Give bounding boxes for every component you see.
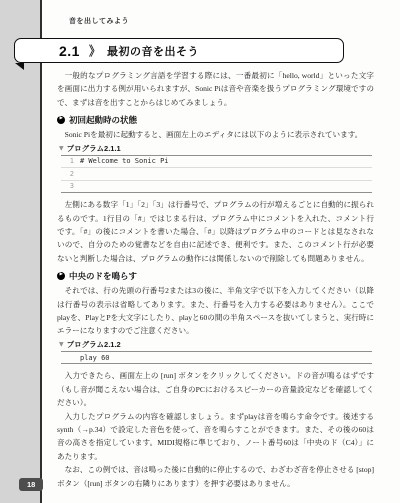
paragraph-stop-note: なお、この例では、音は鳴った後に自動的に停止するので、わざわざ音を停止させる […	[57, 463, 374, 490]
paragraph-type-play-60: それでは、行の先頭の行番号2または3の後に、半角文字で以下を入力してください（以…	[57, 284, 374, 338]
running-head: 音を出してみよう	[69, 16, 129, 26]
code-line: 3	[61, 181, 372, 193]
down-triangle-icon: ▼	[59, 145, 64, 152]
down-triangle-icon: ▼	[59, 341, 64, 348]
listing-title: プログラム2.1.1	[67, 143, 121, 154]
book-page: 音を出してみよう 2.1 》 最初の音を出そう 一般的なプログラミング言語を学習…	[40, 0, 400, 503]
section-box-fold-triangle	[15, 63, 24, 70]
section-title: 最初の音を出そう	[107, 43, 199, 59]
code-text: play 60	[61, 354, 110, 362]
listing-label: ▼ プログラム2.1.1	[59, 144, 374, 154]
circle-arrow-icon: ▶	[57, 116, 65, 124]
code-listing-2-1-1: ▼ プログラム2.1.1 1 # Welcome to Sonic Pi 2 3	[59, 144, 374, 194]
paragraph-run-button: 入力できたら、画面左上の [run] ボタンをクリックしてください。ドの音が鳴る…	[57, 369, 374, 409]
code-line: 1 # Welcome to Sonic Pi	[61, 156, 372, 169]
code-text: # Welcome to Sonic Pi	[80, 157, 169, 165]
subsection-heading-label: 初回起動時の状態	[69, 114, 137, 126]
circle-arrow-icon: ▶	[57, 272, 65, 280]
subsection-heading-play-middle-c: ▶ 中央のドを鳴らす	[57, 270, 374, 281]
line-number: 1	[61, 157, 80, 165]
sound-waves-icon: 》	[89, 41, 100, 59]
subsection-heading-label: 中央のドを鳴らす	[69, 270, 137, 282]
listing-label: ▼ プログラム2.1.2	[59, 340, 374, 350]
content-column: 一般的なプログラミング言語を学習する際には、一番最初に「hello, world…	[57, 69, 374, 490]
paragraph-intro: 一般的なプログラミング言語を学習する際には、一番最初に「hello, world…	[57, 69, 374, 109]
line-number: 2	[61, 170, 80, 178]
subsection-heading-initial-state: ▶ 初回起動時の状態	[57, 114, 374, 125]
line-number: 3	[61, 182, 80, 190]
page-number-badge: 18	[19, 478, 43, 491]
listing-title: プログラム2.1.2	[67, 339, 121, 350]
paragraph-line-numbers-comments: 左側にある数字「1」「2」「3」は行番号で、プログラムの行が増えるごとに自動的に…	[57, 198, 374, 265]
code-block: play 60	[61, 351, 372, 365]
code-line: 2	[61, 168, 372, 181]
paragraph-play-explanation: 入力したプログラムの内容を確認しましょう。まずplayは音を鳴らす命令です。後述…	[57, 410, 374, 464]
code-block: 1 # Welcome to Sonic Pi 2 3	[61, 155, 372, 194]
paragraph-startup-state: Sonic Piを最初に起動すると、画面左上のエディタには以下のように表示されて…	[57, 128, 374, 141]
code-line: play 60	[61, 352, 372, 364]
section-heading-box: 2.1 》 最初の音を出そう	[14, 38, 344, 63]
section-number: 2.1	[59, 43, 80, 59]
code-listing-2-1-2: ▼ プログラム2.1.2 play 60	[59, 340, 374, 365]
arrow-glyph: ▶	[60, 117, 63, 122]
arrow-glyph: ▶	[60, 273, 63, 278]
